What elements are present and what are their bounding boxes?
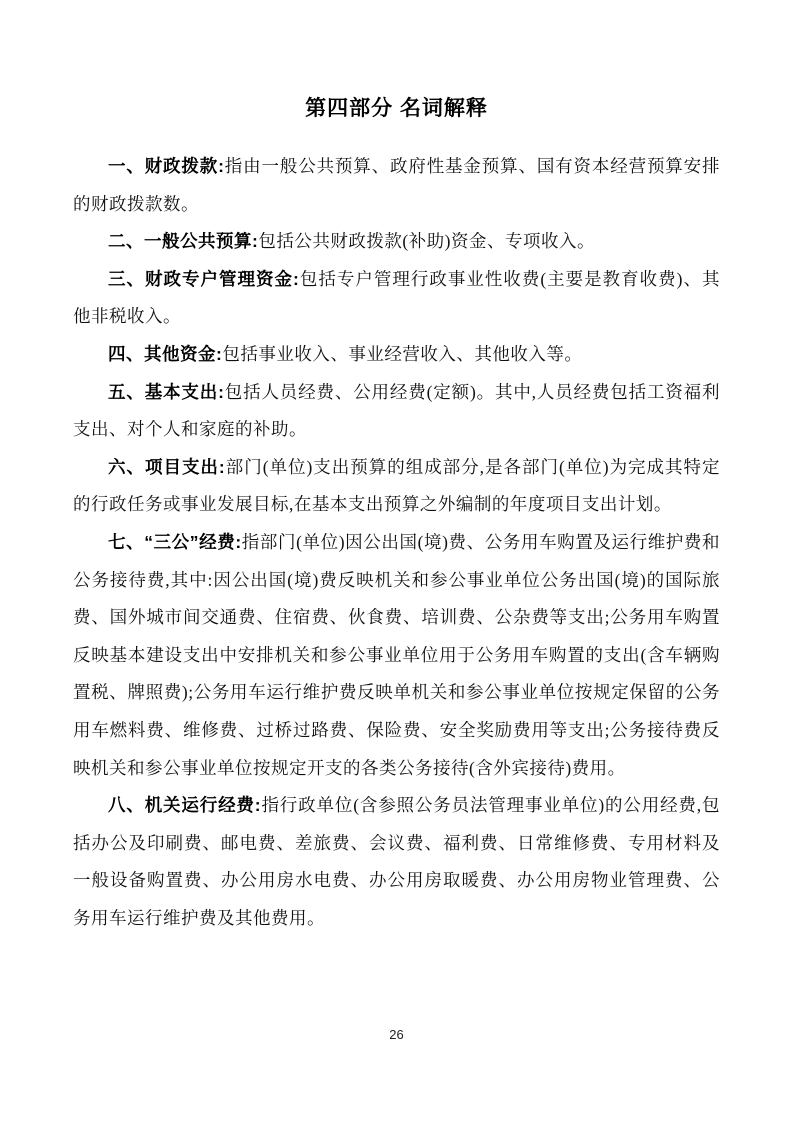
- glossary-paragraph: 三、财政专户管理资金:包括专户管理行政事业性收费(主要是教育收费)、其他非税收入…: [73, 261, 720, 336]
- page-footer: 26: [0, 1026, 793, 1044]
- term-label: 六、项目支出:: [108, 457, 225, 477]
- glossary-paragraph: 五、基本支出:包括人员经费、公用经费(定额)。其中,人员经费包括工资福利支出、对…: [73, 374, 720, 449]
- term-label: 八、机关运行经费:: [108, 795, 261, 815]
- page-number: 26: [389, 1027, 403, 1042]
- term-label: 七、“三公”经费:: [108, 532, 242, 552]
- term-label: 五、基本支出:: [108, 382, 224, 402]
- glossary-paragraph: 七、“三公”经费:指部门(单位)因公出国(境)费、公务用车购置及运行维护费和公务…: [73, 524, 720, 787]
- page-title: 第四部分 名词解释: [73, 92, 720, 122]
- glossary-paragraph: 四、其他资金:包括事业收入、事业经营收入、其他收入等。: [73, 336, 720, 374]
- term-definition: 包括公共财政拨款(补助)资金、专项收入。: [258, 231, 595, 251]
- term-label: 一、财政拨款:: [108, 156, 224, 176]
- glossary-paragraph: 八、机关运行经费:指行政单位(含参照公务员法管理事业单位)的公用经费,包括办公及…: [73, 787, 720, 937]
- term-label: 二、一般公共预算:: [108, 231, 258, 251]
- glossary-content: 一、财政拨款:指由一般公共预算、政府性基金预算、国有资本经营预算安排的财政拨款数…: [73, 148, 720, 937]
- term-definition: 指部门(单位)因公出国(境)费、公务用车购置及运行维护费和公务接待费,其中:因公…: [73, 532, 720, 778]
- term-definition: 包括事业收入、事业经营收入、其他收入等。: [222, 344, 582, 364]
- glossary-paragraph: 一、财政拨款:指由一般公共预算、政府性基金预算、国有资本经营预算安排的财政拨款数…: [73, 148, 720, 223]
- document-page: 第四部分 名词解释 一、财政拨款:指由一般公共预算、政府性基金预算、国有资本经营…: [0, 0, 793, 1122]
- glossary-paragraph: 二、一般公共预算:包括公共财政拨款(补助)资金、专项收入。: [73, 223, 720, 261]
- term-label: 四、其他资金:: [108, 344, 222, 364]
- glossary-paragraph: 六、项目支出:部门(单位)支出预算的组成部分,是各部门(单位)为完成其特定的行政…: [73, 449, 720, 524]
- term-label: 三、财政专户管理资金:: [108, 269, 299, 289]
